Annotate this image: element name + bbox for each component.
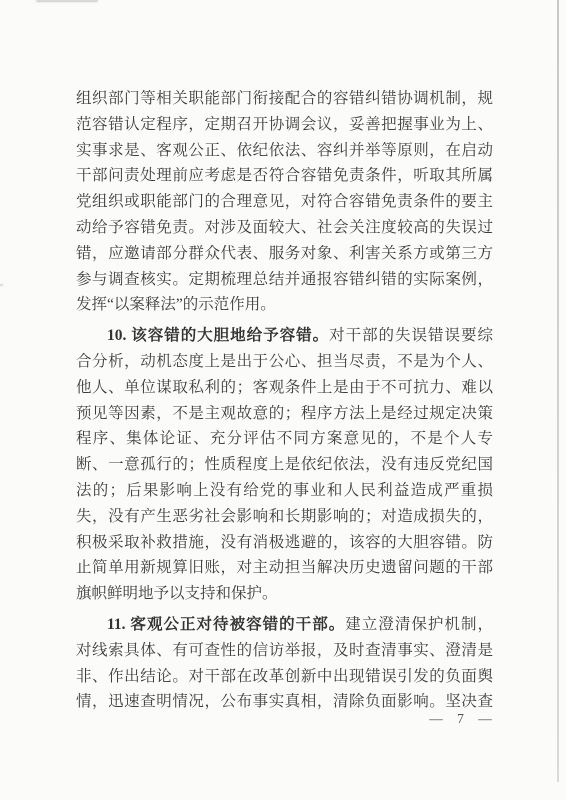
text-line: 实事求是、客观公正、依纪依法、容纠并举等原则，在启动 <box>76 138 493 164</box>
text-line: 程序、集体论证、充分评估不同方案意见的，不是个人专 <box>76 426 493 452</box>
body-text: 发挥“以案释法”的示范作用。 <box>76 296 276 313</box>
text-line: 合分析，动机态度上是出于公心、担当尽责，不是为个人、 <box>76 349 493 375</box>
body-text: 情，迅速查明情况，公布事实真相，清除负面影响。坚决查 <box>76 693 493 710</box>
body-text: 组织部门等相关职能部门衔接配合的容错纠错协调机制，规 <box>76 90 493 107</box>
text-line: 动给予容错免责。对涉及面较大、社会关注度较高的失误过 <box>76 215 493 241</box>
body-text: 失，没有产生恶劣社会影响和长期影响的；对造成损失的， <box>76 508 493 525</box>
text-line: 对线索具体、有可查性的信访举报，及时查清事实、澄清是 <box>76 638 493 664</box>
text-line: 错，应邀请部分群众代表、服务对象、利害关系方或第三方 <box>76 241 493 267</box>
body-text: 对干部的失误错误要综 <box>329 327 493 344</box>
text-line: 他人、单位谋取私利的；客观条件上是由于不可抗力、难以 <box>76 375 493 401</box>
text-line: 组织部门等相关职能部门衔接配合的容错纠错协调机制，规 <box>76 86 493 112</box>
body-text: 党组织或职能部门的合理意见，对符合容错免责条件的要主 <box>76 193 493 210</box>
text-line: 失，没有产生恶劣社会影响和长期影响的；对造成损失的， <box>76 504 493 530</box>
body-text: 错，应邀请部分群众代表、服务对象、利害关系方或第三方 <box>76 245 493 262</box>
body-text: 动给予容错免责。对涉及面较大、社会关注度较高的失误过 <box>76 219 493 236</box>
section-heading-text: 10. 该容错的大胆地给予容错。 <box>107 327 329 344</box>
body-text: 实事求是、客观公正、依纪依法、容纠并举等原则，在启动 <box>76 142 493 159</box>
document-body: 组织部门等相关职能部门衔接配合的容错纠错协调机制，规范容错认定程序，定期召开协调… <box>76 86 493 715</box>
body-text: 建立澄清保护机制， <box>345 616 493 633</box>
paragraph: 10. 该容错的大胆地给予容错。对干部的失误错误要综合分析，动机态度上是出于公心… <box>76 323 493 607</box>
scan-speck-artifact <box>0 284 3 286</box>
text-line: 断、一意孤行的；性质程度上是依纪依法，没有违反党纪国 <box>76 452 493 478</box>
paragraph: 组织部门等相关职能部门衔接配合的容错纠错协调机制，规范容错认定程序，定期召开协调… <box>76 86 493 318</box>
body-text: 预见等因素，不是主观故意的；程序方法上是经过规定决策 <box>76 405 493 422</box>
body-text: 干部问责处理前应考虑是否符合容错免责条件，听取其所属 <box>76 167 493 184</box>
document-page: 组织部门等相关职能部门衔接配合的容错纠错协调机制，规范容错认定程序，定期召开协调… <box>0 0 566 800</box>
text-line: 止简单用新规算旧账，对主动担当解决历史遗留问题的干部 <box>76 555 493 581</box>
text-line: 预见等因素，不是主观故意的；程序方法上是经过规定决策 <box>76 401 493 427</box>
body-text: 法的；后果影响上没有给党的事业和人民利益造成严重损 <box>76 482 493 499</box>
body-text: 合分析，动机态度上是出于公心、担当尽责，不是为个人、 <box>76 353 493 370</box>
text-line: 10. 该容错的大胆地给予容错。对干部的失误错误要综 <box>76 323 493 349</box>
body-text: 积极采取补救措施，没有消极逃避的，该容的大胆容错。防 <box>76 534 493 551</box>
text-line: 范容错认定程序，定期召开协调会议，妥善把握事业为上、 <box>76 112 493 138</box>
page-number: — 7 — <box>425 711 497 727</box>
body-text: 参与调查核实。定期梳理总结并通报容错纠错的实际案例， <box>76 271 493 288</box>
text-line: 旗帜鲜明地予以支持和保护。 <box>76 581 493 607</box>
text-line: 11. 客观公正对待被容错的干部。建立澄清保护机制， <box>76 612 493 638</box>
body-text: 范容错认定程序，定期召开协调会议，妥善把握事业为上、 <box>76 116 493 133</box>
text-line: 积极采取补救措施，没有消极逃避的，该容的大胆容错。防 <box>76 530 493 556</box>
paragraph: 11. 客观公正对待被容错的干部。建立澄清保护机制，对线索具体、有可查性的信访举… <box>76 612 493 715</box>
text-line: 党组织或职能部门的合理意见，对符合容错免责条件的要主 <box>76 189 493 215</box>
text-line: 干部问责处理前应考虑是否符合容错免责条件，听取其所属 <box>76 163 493 189</box>
body-text: 断、一意孤行的；性质程度上是依纪依法，没有违反党纪国 <box>76 456 493 473</box>
body-text: 对线索具体、有可查性的信访举报，及时查清事实、澄清是 <box>76 642 493 659</box>
body-text: 他人、单位谋取私利的；客观条件上是由于不可抗力、难以 <box>76 379 493 396</box>
body-text: 止简单用新规算旧账，对主动担当解决历史遗留问题的干部 <box>76 559 493 576</box>
body-text: 程序、集体论证、充分评估不同方案意见的，不是个人专 <box>76 430 493 447</box>
text-line: 非、作出结论。对干部在改革创新中出现错误引发的负面舆 <box>76 664 493 690</box>
text-line: 参与调查核实。定期梳理总结并通报容错纠错的实际案例， <box>76 267 493 293</box>
scan-smudge-artifact <box>36 0 98 2</box>
scan-edge-line-artifact <box>557 0 559 782</box>
body-text: 非、作出结论。对干部在改革创新中出现错误引发的负面舆 <box>76 668 493 685</box>
text-line: 法的；后果影响上没有给党的事业和人民利益造成严重损 <box>76 478 493 504</box>
section-heading-text: 11. 客观公正对待被容错的干部。 <box>107 616 345 633</box>
text-line: 发挥“以案释法”的示范作用。 <box>76 292 493 318</box>
body-text: 旗帜鲜明地予以支持和保护。 <box>76 585 278 602</box>
